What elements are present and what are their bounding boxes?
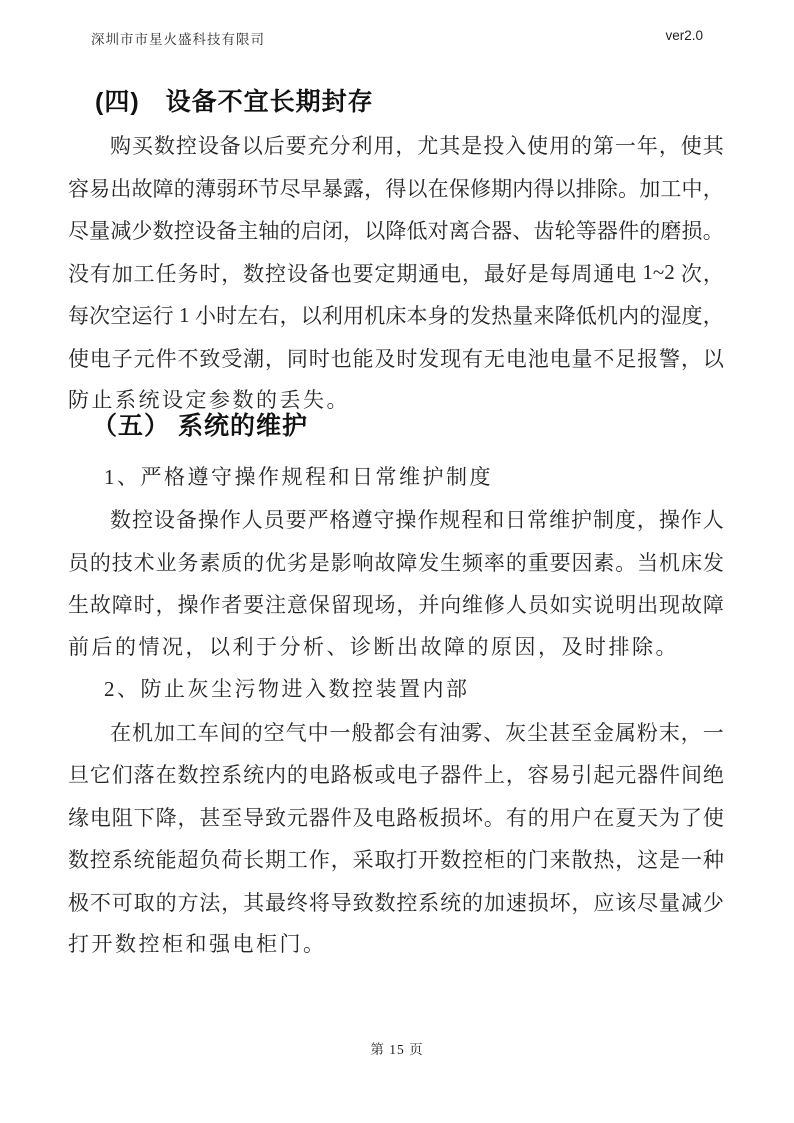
paragraph-line: 在机加工车间的空气中一般都会有油雾、灰尘甚至金属粉末，一 xyxy=(68,711,724,754)
paragraph-line: 尽量减少数控设备主轴的启闭，以降低对离合器、齿轮等器件的磨损。 xyxy=(68,209,724,252)
paragraph-line: 数控系统能超负荷长期工作，采取打开数控柜的门来散热，这是一种 xyxy=(68,838,724,881)
paragraph-line: 极不可取的方法，其最终将导致数控系统的加速损坏，应该尽量减少 xyxy=(68,881,724,924)
list-item-1-title: 1、严格遵守操作规程和日常维护制度 xyxy=(68,456,724,499)
section-5-heading: （五） 系统的维护 xyxy=(92,410,724,442)
section-4-paragraph: 购买数控设备以后要充分利用，尤其是投入使用的第一年，使其 容易出故障的薄弱环节尽… xyxy=(68,124,724,422)
page-number: 第 15 页 xyxy=(370,1042,423,1057)
paragraph-line: 打开数控柜和强电柜门。 xyxy=(68,923,724,966)
paragraph-line: 旦它们落在数控系统内的电路板或电子器件上，容易引起元器件间绝 xyxy=(68,753,724,796)
paragraph-line: 数控设备操作人员要严格遵守操作规程和日常维护制度，操作人 xyxy=(68,498,724,541)
section-5-paragraph-2: 在机加工车间的空气中一般都会有油雾、灰尘甚至金属粉末，一 旦它们落在数控系统内的… xyxy=(68,711,724,966)
document-page: 深圳市市星火盛科技有限司 ver2.0 (四) 设备不宜长期封存 购买数控设备以… xyxy=(0,0,794,1123)
version-label: ver2.0 xyxy=(665,28,703,43)
page-footer: 第 15 页 xyxy=(0,1038,794,1058)
list-item-2-title: 2、防止灰尘污物进入数控装置内部 xyxy=(68,668,724,711)
paragraph-line: 没有加工任务时，数控设备也要定期通电，最好是每周通电 1~2 次， xyxy=(68,252,724,295)
paragraph-line: 缘电阻下降，甚至导致元器件及电路板损坏。有的用户在夏天为了使 xyxy=(68,796,724,839)
page-header: 深圳市市星火盛科技有限司 ver2.0 xyxy=(68,28,724,50)
paragraph-line: 生故障时，操作者要注意保留现场，并向维修人员如实说明出现故障 xyxy=(68,583,724,626)
paragraph-line: 使电子元件不致受潮，同时也能及时发现有无电池电量不足报警，以 xyxy=(68,337,724,380)
paragraph-line: 前后的情况，以利于分析、诊断出故障的原因，及时排除。 xyxy=(68,626,724,669)
paragraph-line: 员的技术业务素质的优劣是影响故障发生频率的重要因素。当机床发 xyxy=(68,541,724,584)
paragraph-line: 容易出故障的薄弱环节尽早暴露，得以在保修期内得以排除。加工中， xyxy=(68,167,724,210)
company-name: 深圳市市星火盛科技有限司 xyxy=(91,28,265,48)
section-5-paragraph-1: 数控设备操作人员要严格遵守操作规程和日常维护制度，操作人 员的技术业务素质的优劣… xyxy=(68,498,724,668)
paragraph-line: 每次空运行 1 小时左右，以利用机床本身的发热量来降低机内的湿度， xyxy=(68,294,724,337)
section-4-heading: (四) 设备不宜长期封存 xyxy=(95,86,724,118)
paragraph-line: 购买数控设备以后要充分利用，尤其是投入使用的第一年，使其 xyxy=(68,124,724,167)
